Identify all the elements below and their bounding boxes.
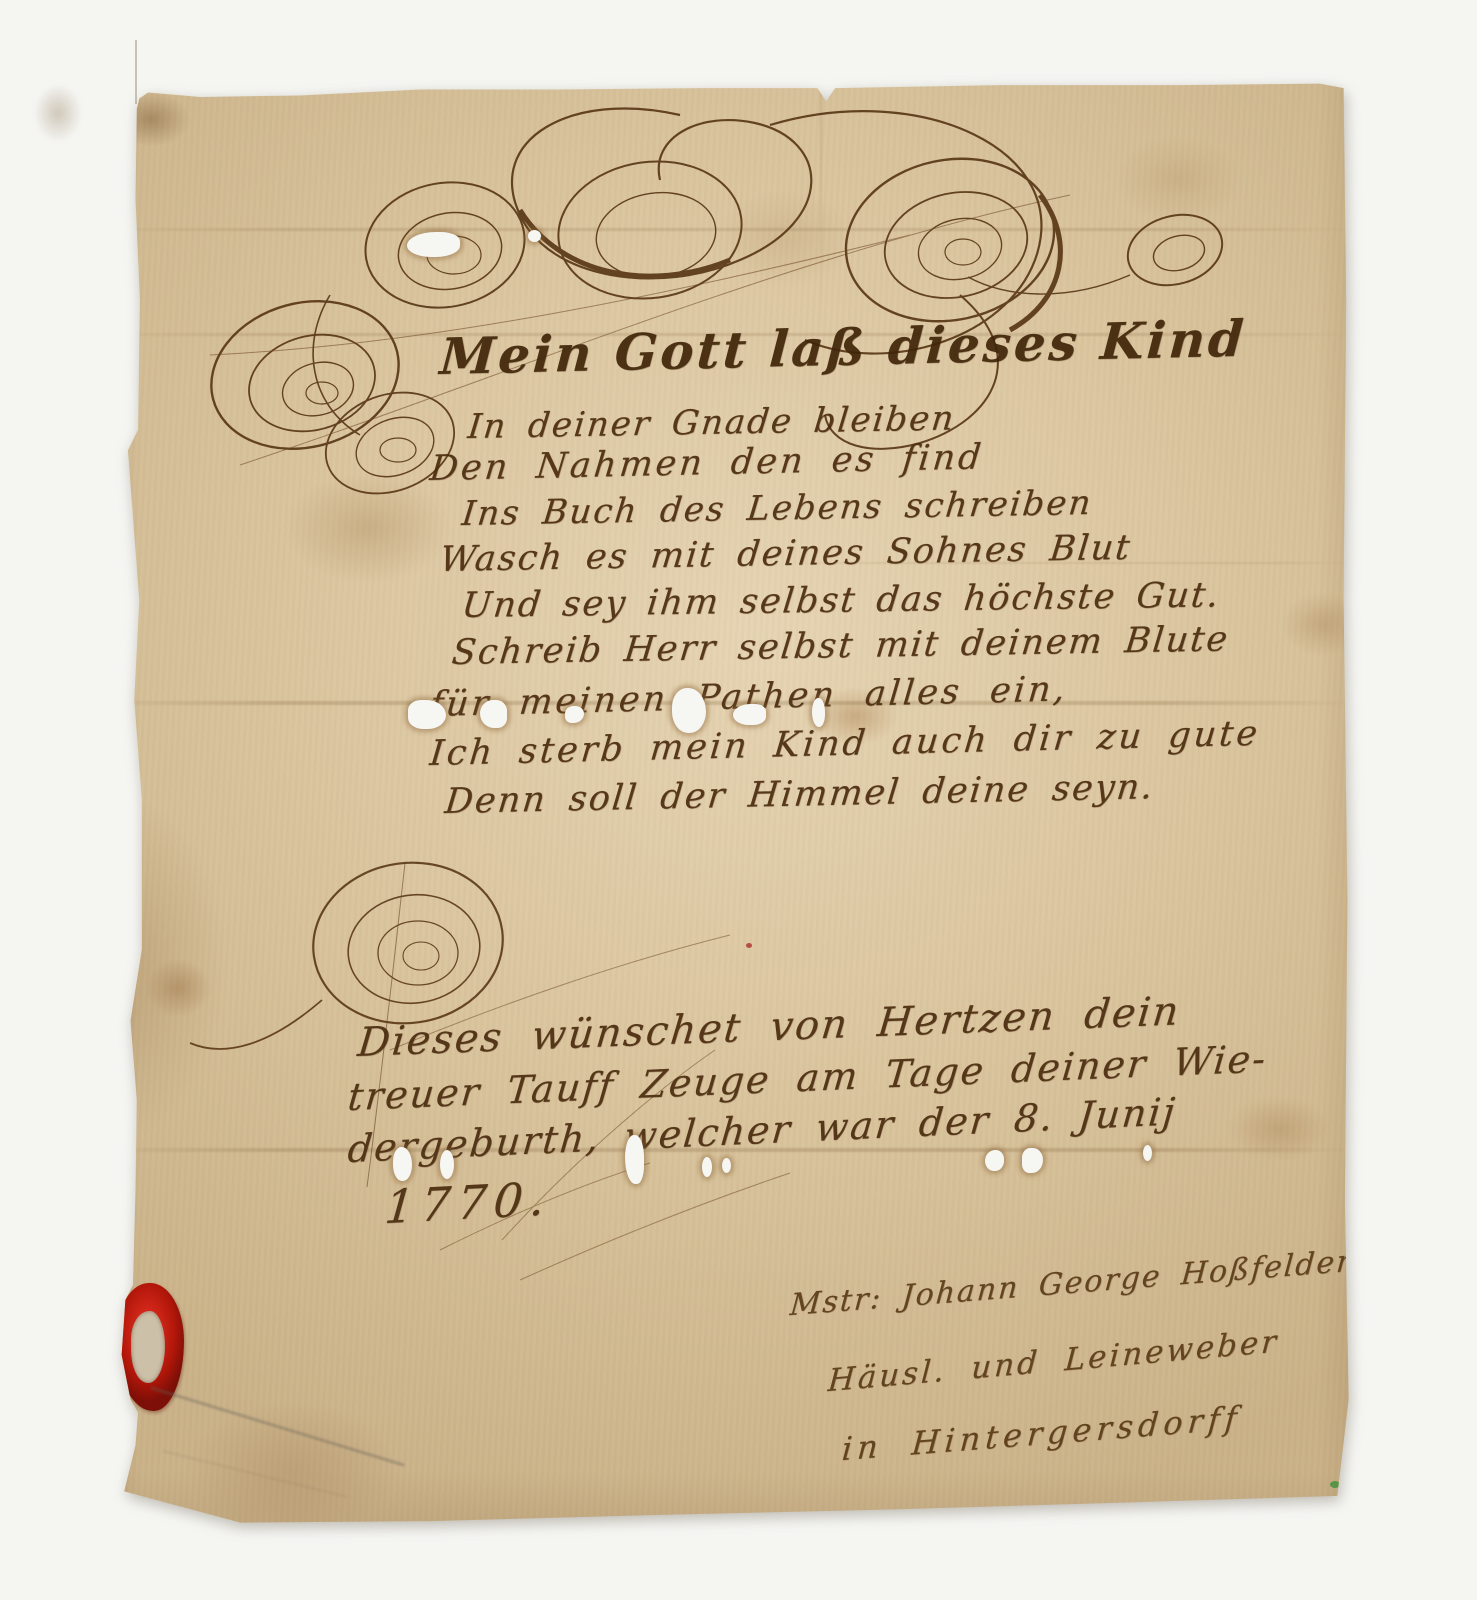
paper-hole — [440, 1150, 454, 1179]
signature-line-3: in Hintergersdorff — [840, 1398, 1243, 1468]
red-ink-speck — [746, 943, 752, 948]
paper-hole — [528, 230, 541, 242]
pencil-smudge — [150, 1386, 404, 1466]
paper-hole — [722, 1158, 731, 1173]
verse-line-9: Denn soll der Himmel deine seyn. — [443, 767, 1156, 822]
wax-seal — [118, 1283, 184, 1411]
signature-line-1: Mstr: Johann George Hoßfelder, — [789, 1243, 1363, 1323]
verse-line-3: Ins Buch des Lebens schreiben — [460, 483, 1095, 534]
paper-hole — [408, 700, 446, 729]
verse-line-5: Und sey ihm selbst das höchste Gut. — [460, 575, 1223, 626]
paper-hole — [625, 1135, 644, 1184]
signature-line-2: Häusl. und Leineweber — [827, 1323, 1281, 1399]
verse-line-8: Ich sterb mein Kind auch dir zu gute — [428, 714, 1262, 774]
fold-crease-1 — [90, 228, 1355, 231]
paper-hole — [672, 688, 706, 733]
year-line: 1770. — [383, 1171, 554, 1234]
title-line: Mein Gott laß dieses Kind — [438, 309, 1248, 386]
manuscript-paper: Mein Gott laß dieses Kind In deiner Gnad… — [90, 45, 1355, 1530]
paper-hole — [480, 700, 507, 728]
paper-hole — [407, 232, 460, 257]
fold-crease-vertical — [820, 88, 822, 338]
green-fiber-mark — [1330, 1481, 1340, 1488]
pencil-smudge — [163, 1450, 348, 1498]
verse-line-4: Wasch es mit deines Sohnes Blut — [438, 528, 1134, 580]
manuscript-scan: Mein Gott laß dieses Kind In deiner Gnad… — [0, 0, 1477, 1600]
paper-hole — [702, 1157, 712, 1177]
paper-hole — [393, 1147, 412, 1181]
paper-hole — [1022, 1148, 1043, 1173]
paper-hole — [985, 1150, 1004, 1171]
paper-hole — [1143, 1145, 1152, 1161]
scan-background: { "document": { "title": "Mein Gott laß … — [0, 0, 1477, 1600]
wax-seal-core — [131, 1311, 165, 1383]
paper-hole — [812, 698, 825, 727]
verse-line-6: Schreib Herr selbst mit deinem Blute — [450, 619, 1231, 673]
paper-hole — [733, 704, 766, 725]
